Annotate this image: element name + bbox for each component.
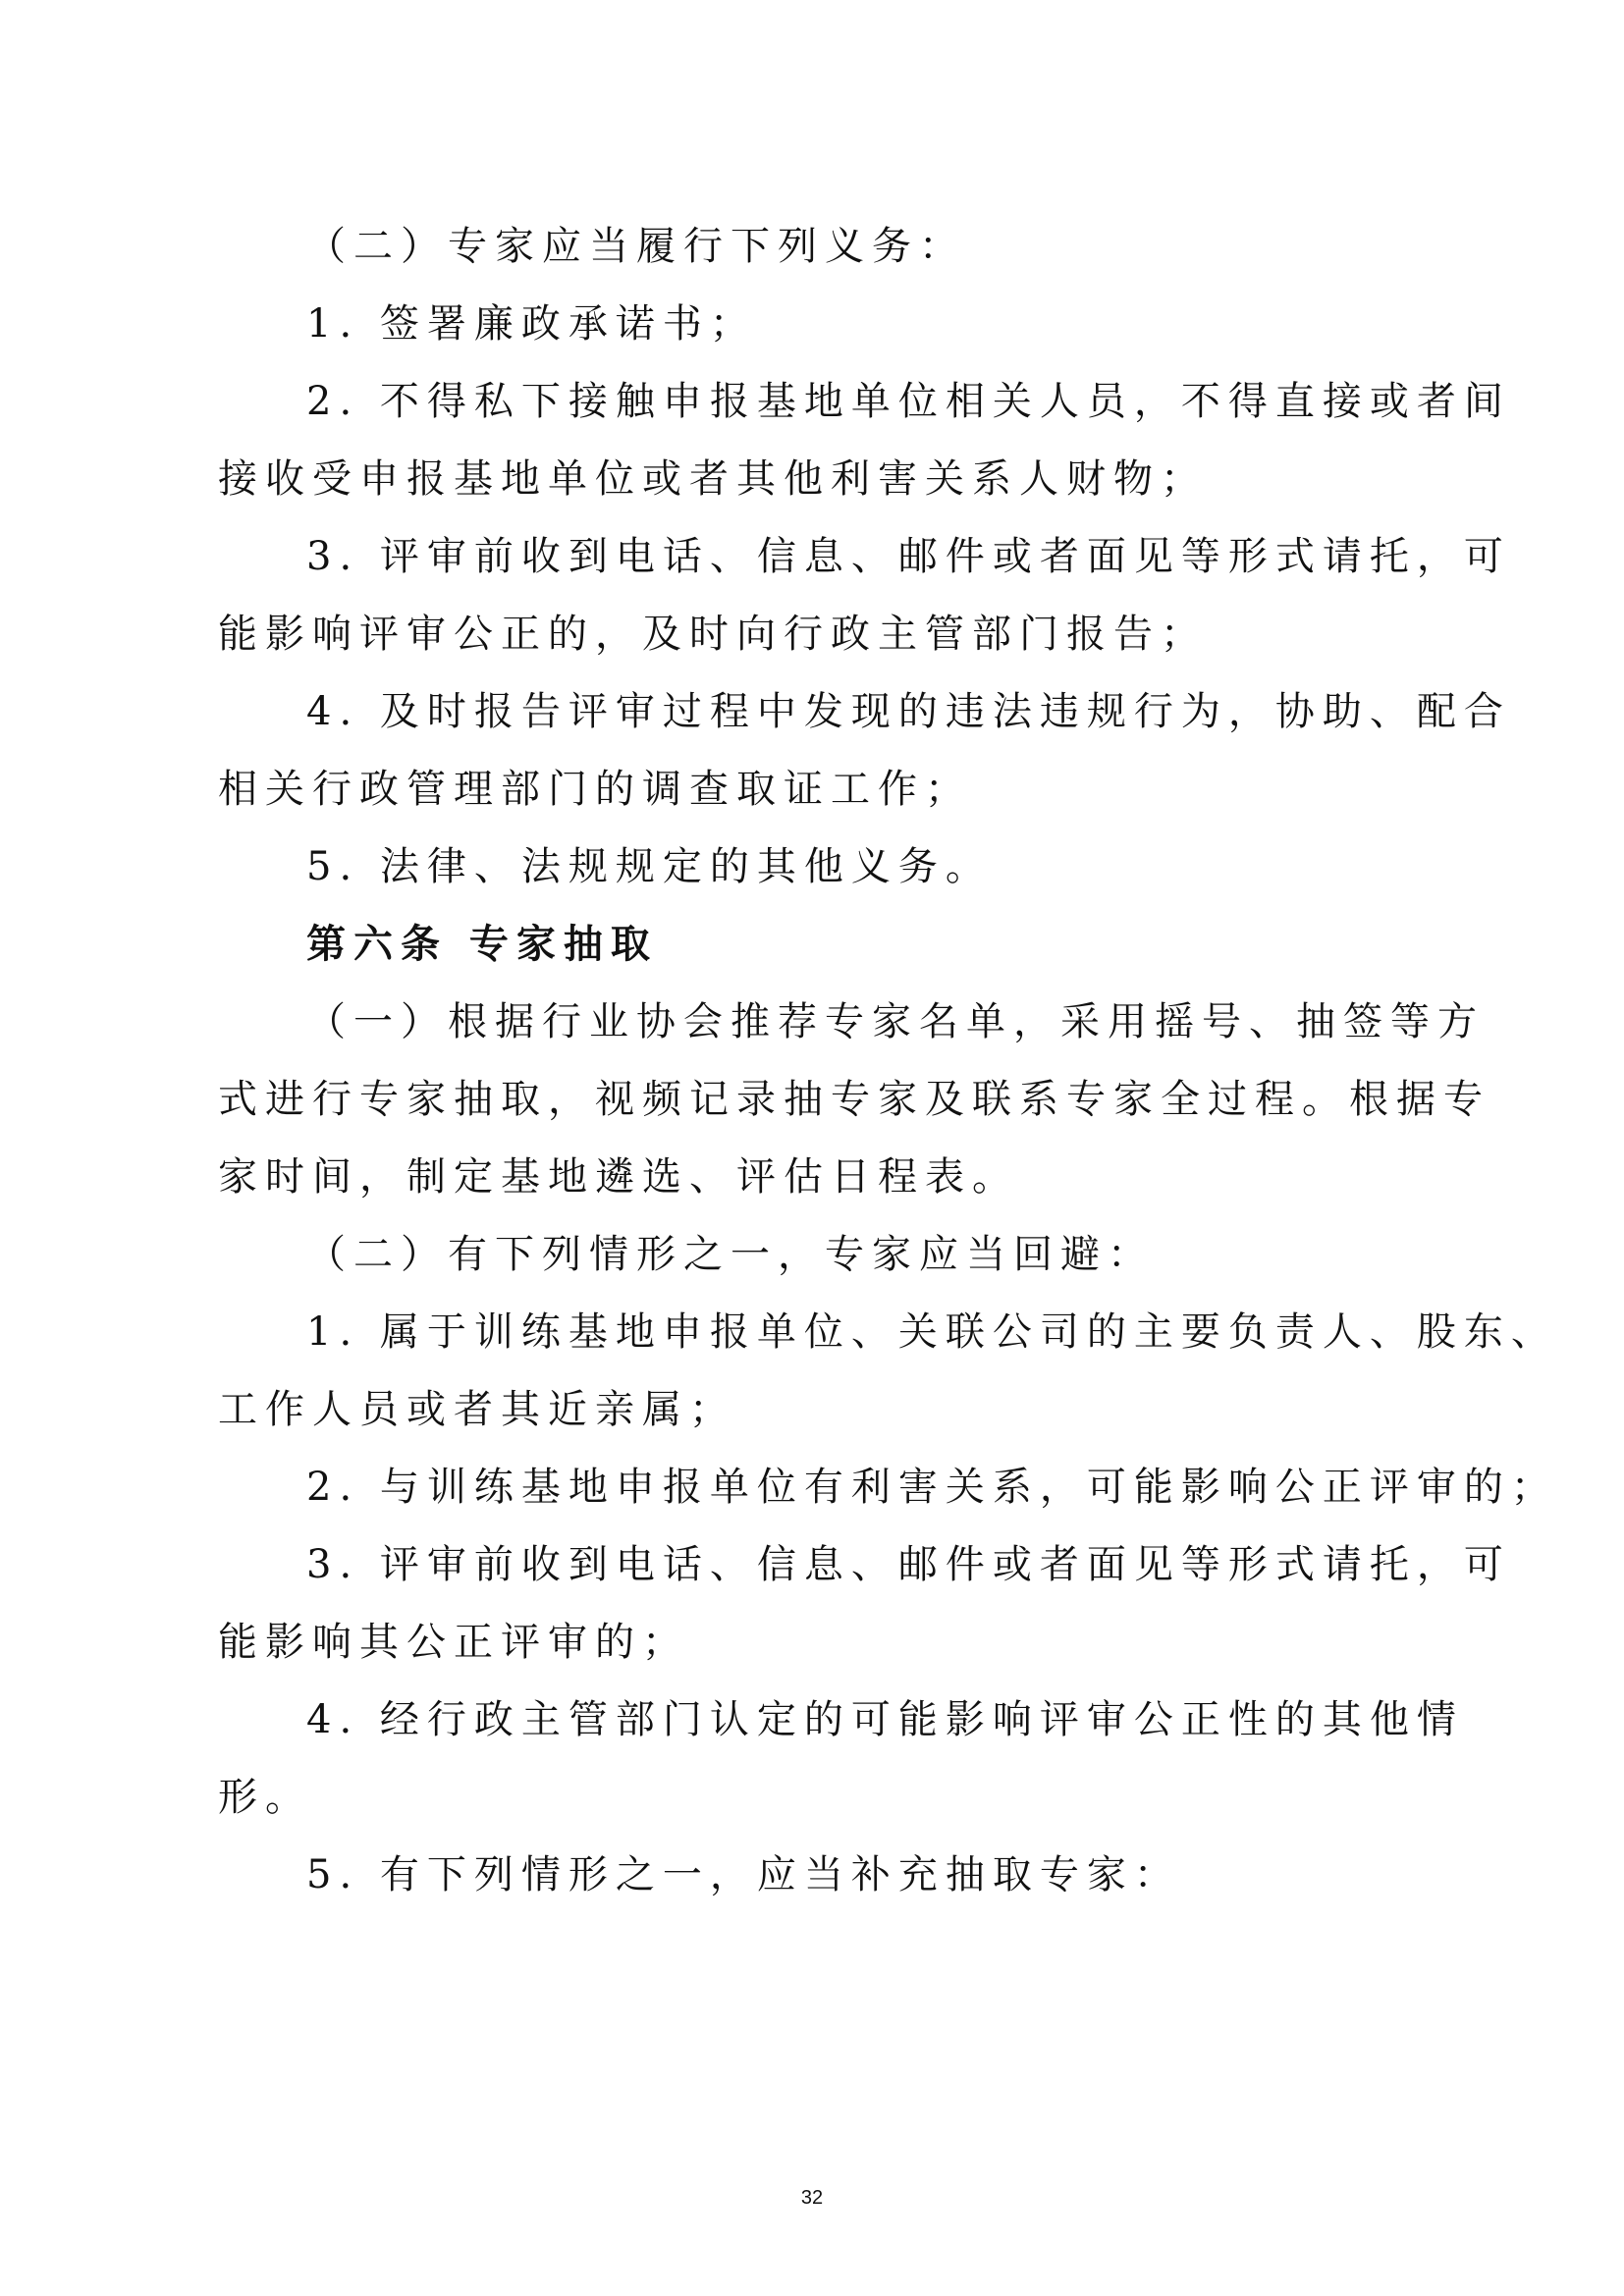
recusal-item-1: 1. 属于训练基地申报单位、关联公司的主要负责人、股东、: [218, 1294, 1416, 1371]
recusal-item-3-continued: 能影响其公正评审的；: [218, 1604, 1416, 1682]
obligation-item-2-continued: 接收受申报基地单位或者其他利害关系人财物；: [218, 441, 1416, 518]
recusal-item-1-continued: 工作人员或者其近亲属；: [218, 1371, 1416, 1449]
recusal-item-3: 3. 评审前收到电话、信息、邮件或者面见等形式请托，可: [218, 1526, 1416, 1604]
obligation-item-3-continued: 能影响评审公正的，及时向行政主管部门报告；: [218, 596, 1416, 673]
recusal-item-4-continued: 形。: [218, 1759, 1416, 1837]
obligation-item-4: 4. 及时报告评审过程中发现的违法违规行为，协助、配合: [218, 673, 1416, 751]
article-6-heading: 第六条 专家抽取: [218, 906, 1416, 984]
obligation-item-5: 5. 法律、法规规定的其他义务。: [218, 828, 1416, 906]
selection-paragraph-1: （一）根据行业协会推荐专家名单，采用摇号、抽签等方: [218, 984, 1416, 1061]
obligation-item-4-continued: 相关行政管理部门的调查取证工作；: [218, 751, 1416, 828]
selection-paragraph-1-end: 家时间，制定基地遴选、评估日程表。: [218, 1139, 1416, 1216]
recusal-item-5: 5. 有下列情形之一，应当补充抽取专家：: [218, 1837, 1416, 1914]
obligation-item-3: 3. 评审前收到电话、信息、邮件或者面见等形式请托，可: [218, 518, 1416, 596]
recusal-paragraph-heading: （二）有下列情形之一，专家应当回避：: [218, 1216, 1416, 1294]
selection-paragraph-1-continued: 式进行专家抽取，视频记录抽专家及联系专家全过程。根据专: [218, 1061, 1416, 1139]
document-body: （二）专家应当履行下列义务： 1. 签署廉政承诺书； 2. 不得私下接触申报基地…: [218, 208, 1416, 1914]
obligation-item-2: 2. 不得私下接触申报基地单位相关人员，不得直接或者间: [218, 363, 1416, 441]
page-number: 32: [0, 2187, 1624, 2210]
document-page: （二）专家应当履行下列义务： 1. 签署廉政承诺书； 2. 不得私下接触申报基地…: [0, 0, 1624, 2296]
paragraph-obligations-heading: （二）专家应当履行下列义务：: [218, 208, 1416, 286]
recusal-item-4: 4. 经行政主管部门认定的可能影响评审公正性的其他情: [218, 1682, 1416, 1759]
obligation-item-1: 1. 签署廉政承诺书；: [218, 286, 1416, 363]
recusal-item-2: 2. 与训练基地申报单位有利害关系，可能影响公正评审的；: [218, 1449, 1416, 1526]
